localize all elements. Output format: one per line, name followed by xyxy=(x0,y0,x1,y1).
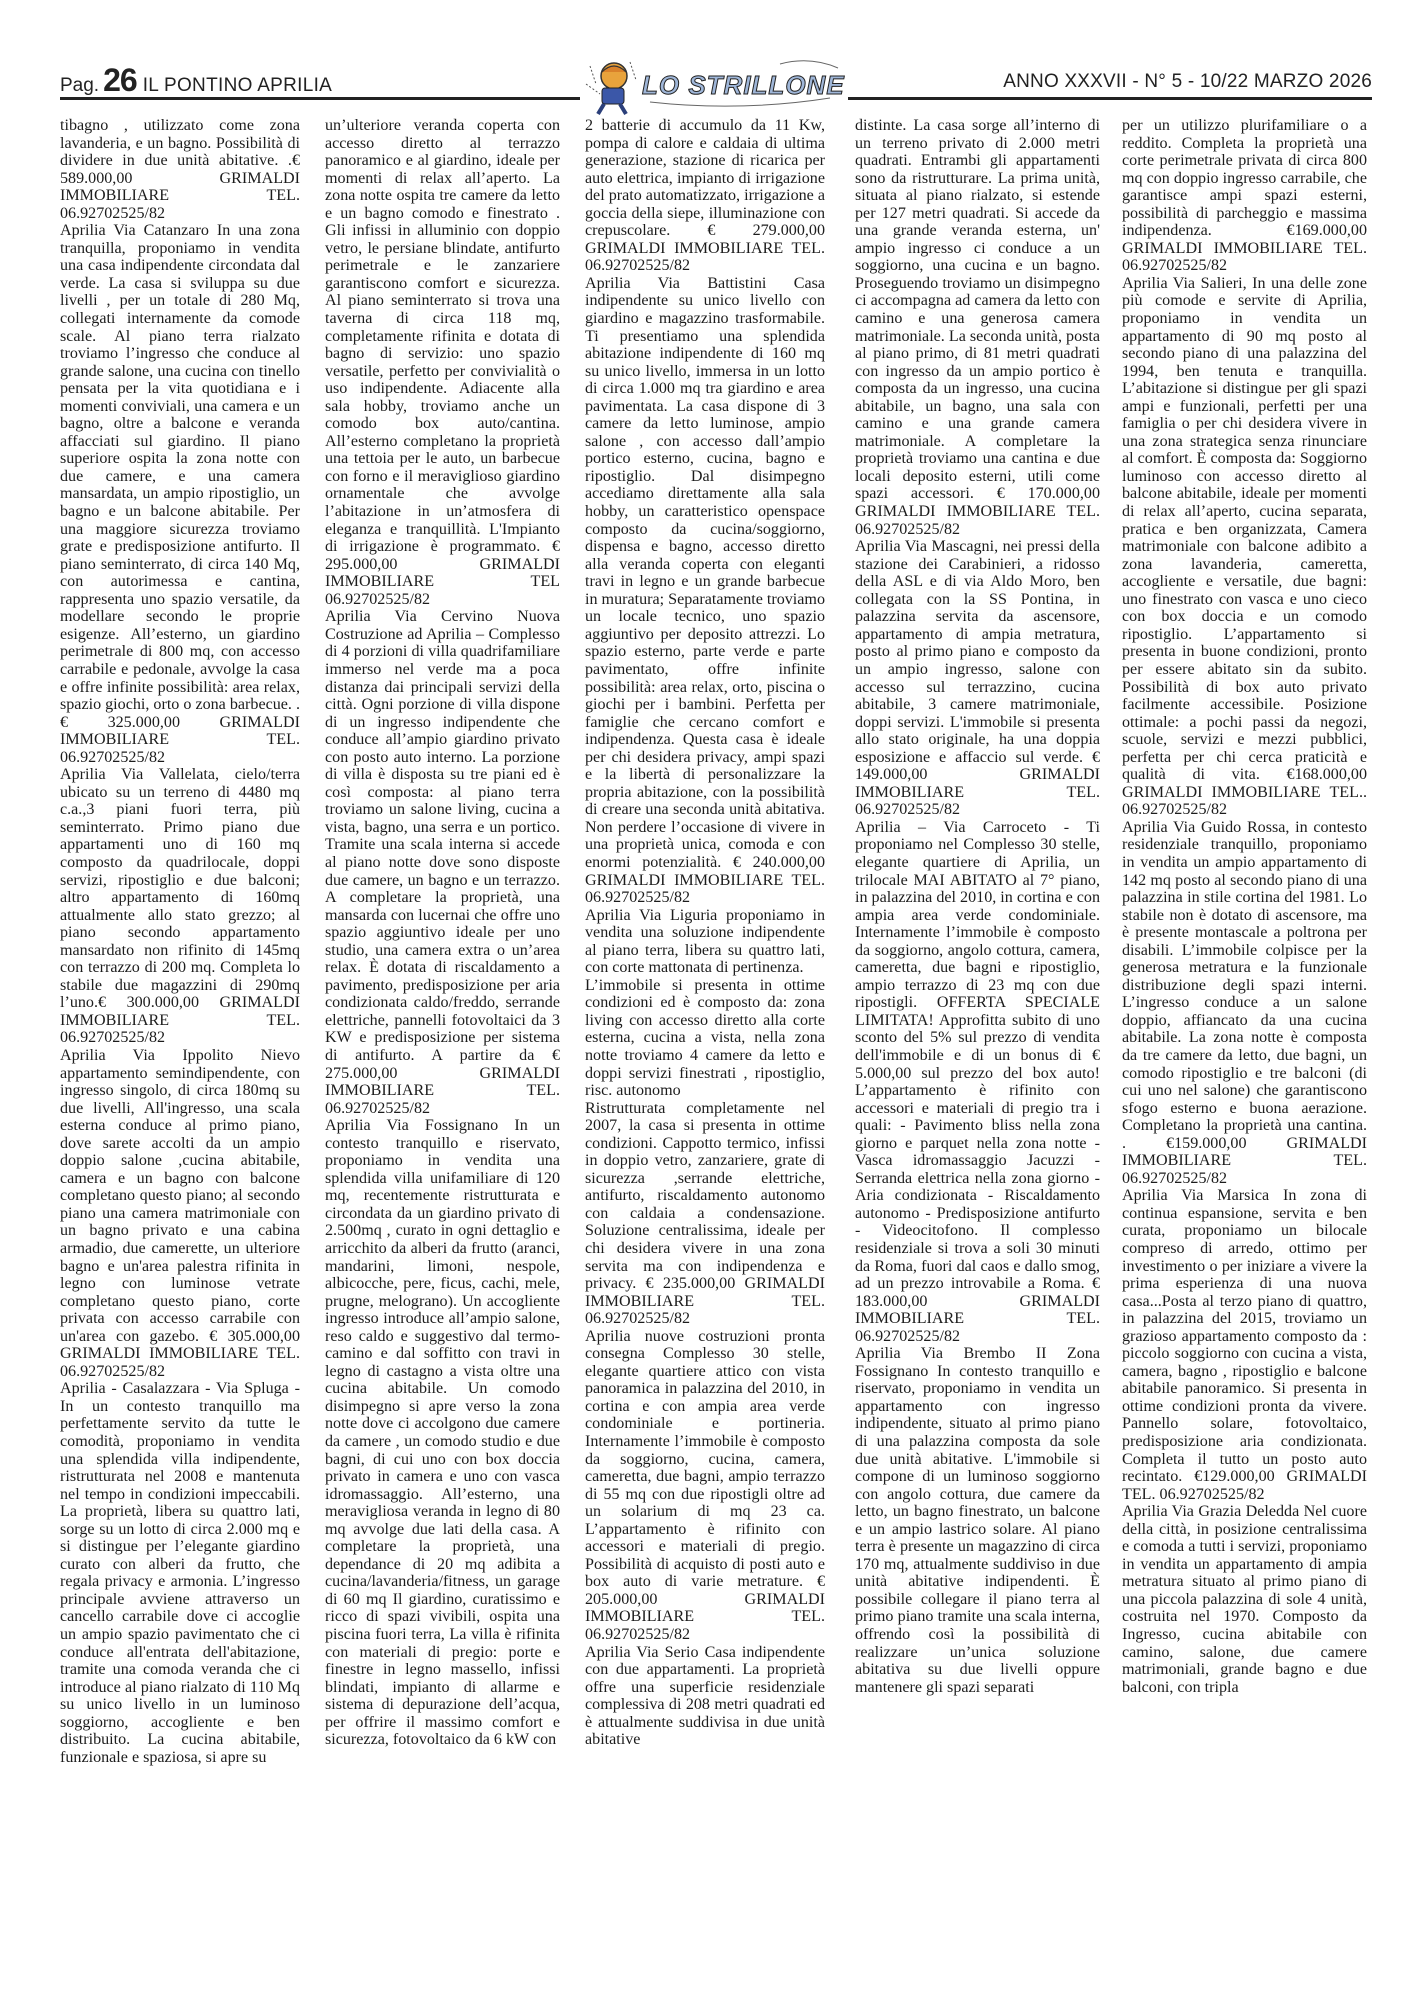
column-2: un’ulteriore veranda coperta con accesso… xyxy=(325,117,560,1749)
page-prefix: Pag. xyxy=(60,75,99,96)
listing-paragraph: distinte. La casa sorge all’interno di u… xyxy=(855,117,1100,538)
column-1: tibagno , utilizzato come zona lavanderi… xyxy=(60,117,300,1766)
listing-paragraph: Aprilia Via Liguria proponiamo in vendit… xyxy=(585,907,825,977)
lo-strillone-logo-icon: LO STRILLONE xyxy=(580,54,848,116)
listing-paragraph: L’immobile si presenta in ottime condizi… xyxy=(585,977,825,1100)
listing-paragraph: Aprilia Via Brembo II Zona Fossignano In… xyxy=(855,1345,1100,1696)
listing-paragraph: Aprilia Via Guido Rossa, in contesto res… xyxy=(1122,819,1367,1187)
listing-paragraph: Ristrutturata completamente nel 2007, la… xyxy=(585,1100,825,1328)
page-header: Pag.26IL PONTINO APRILIA LO STRILLONE AN… xyxy=(60,62,1372,102)
column-5: per un utilizzo plurifamiliare o a reddi… xyxy=(1122,117,1367,1696)
header-rule-right xyxy=(842,97,1372,100)
listing-paragraph: Aprilia Via Ippolito Nievo appartamento … xyxy=(60,1047,300,1380)
listing-paragraph: per un utilizzo plurifamiliare o a reddi… xyxy=(1122,117,1367,275)
listing-paragraph: Aprilia Via Fossignano In un contesto tr… xyxy=(325,1117,560,1749)
logo-text: LO STRILLONE xyxy=(642,70,845,100)
listing-paragraph: Aprilia Via Cervino Nuova Costruzione ad… xyxy=(325,608,560,1117)
listing-paragraph: Aprilia – Via Carroceto - Ti proponiamo … xyxy=(855,819,1100,1345)
page-number: 26 xyxy=(103,62,137,98)
column-4: distinte. La casa sorge all’interno di u… xyxy=(855,117,1100,1696)
listing-paragraph: Aprilia nuove costruzioni pronta consegn… xyxy=(585,1328,825,1644)
listing-paragraph: un’ulteriore veranda coperta con accesso… xyxy=(325,117,560,608)
publication-name: IL PONTINO APRILIA xyxy=(143,75,332,96)
issue-info: ANNO XXXVII - N° 5 - 10/22 MARZO 2026 xyxy=(1003,71,1372,93)
listing-paragraph: Aprilia Via Catanzaro In una zona tranqu… xyxy=(60,222,300,766)
listing-paragraph: Aprilia Via Salieri, In una delle zone p… xyxy=(1122,275,1367,819)
listing-paragraph: Aprilia Via Marsica In zona di continua … xyxy=(1122,1187,1367,1503)
listing-paragraph: tibagno , utilizzato come zona lavanderi… xyxy=(60,117,300,222)
listing-paragraph: Aprilia Via Grazia Deledda Nel cuore del… xyxy=(1122,1503,1367,1696)
listing-paragraph: Aprilia Via Serio Casa indipendente con … xyxy=(585,1644,825,1749)
column-3: 2 batterie di accumulo da 11 Kw, pompa d… xyxy=(585,117,825,1749)
listing-paragraph: Aprilia Via Battistini Casa indipendente… xyxy=(585,275,825,907)
listing-paragraph: 2 batterie di accumulo da 11 Kw, pompa d… xyxy=(585,117,825,275)
listing-paragraph: Aprilia Via Vallelata, cielo/terra ubica… xyxy=(60,766,300,1047)
listing-paragraph: Aprilia - Casalazzara - Via Spluga - In … xyxy=(60,1380,300,1766)
listing-paragraph: Aprilia Via Mascagni, nei pressi della s… xyxy=(855,538,1100,819)
page-label: Pag.26IL PONTINO APRILIA xyxy=(60,62,332,99)
header-rule-left xyxy=(60,97,590,100)
